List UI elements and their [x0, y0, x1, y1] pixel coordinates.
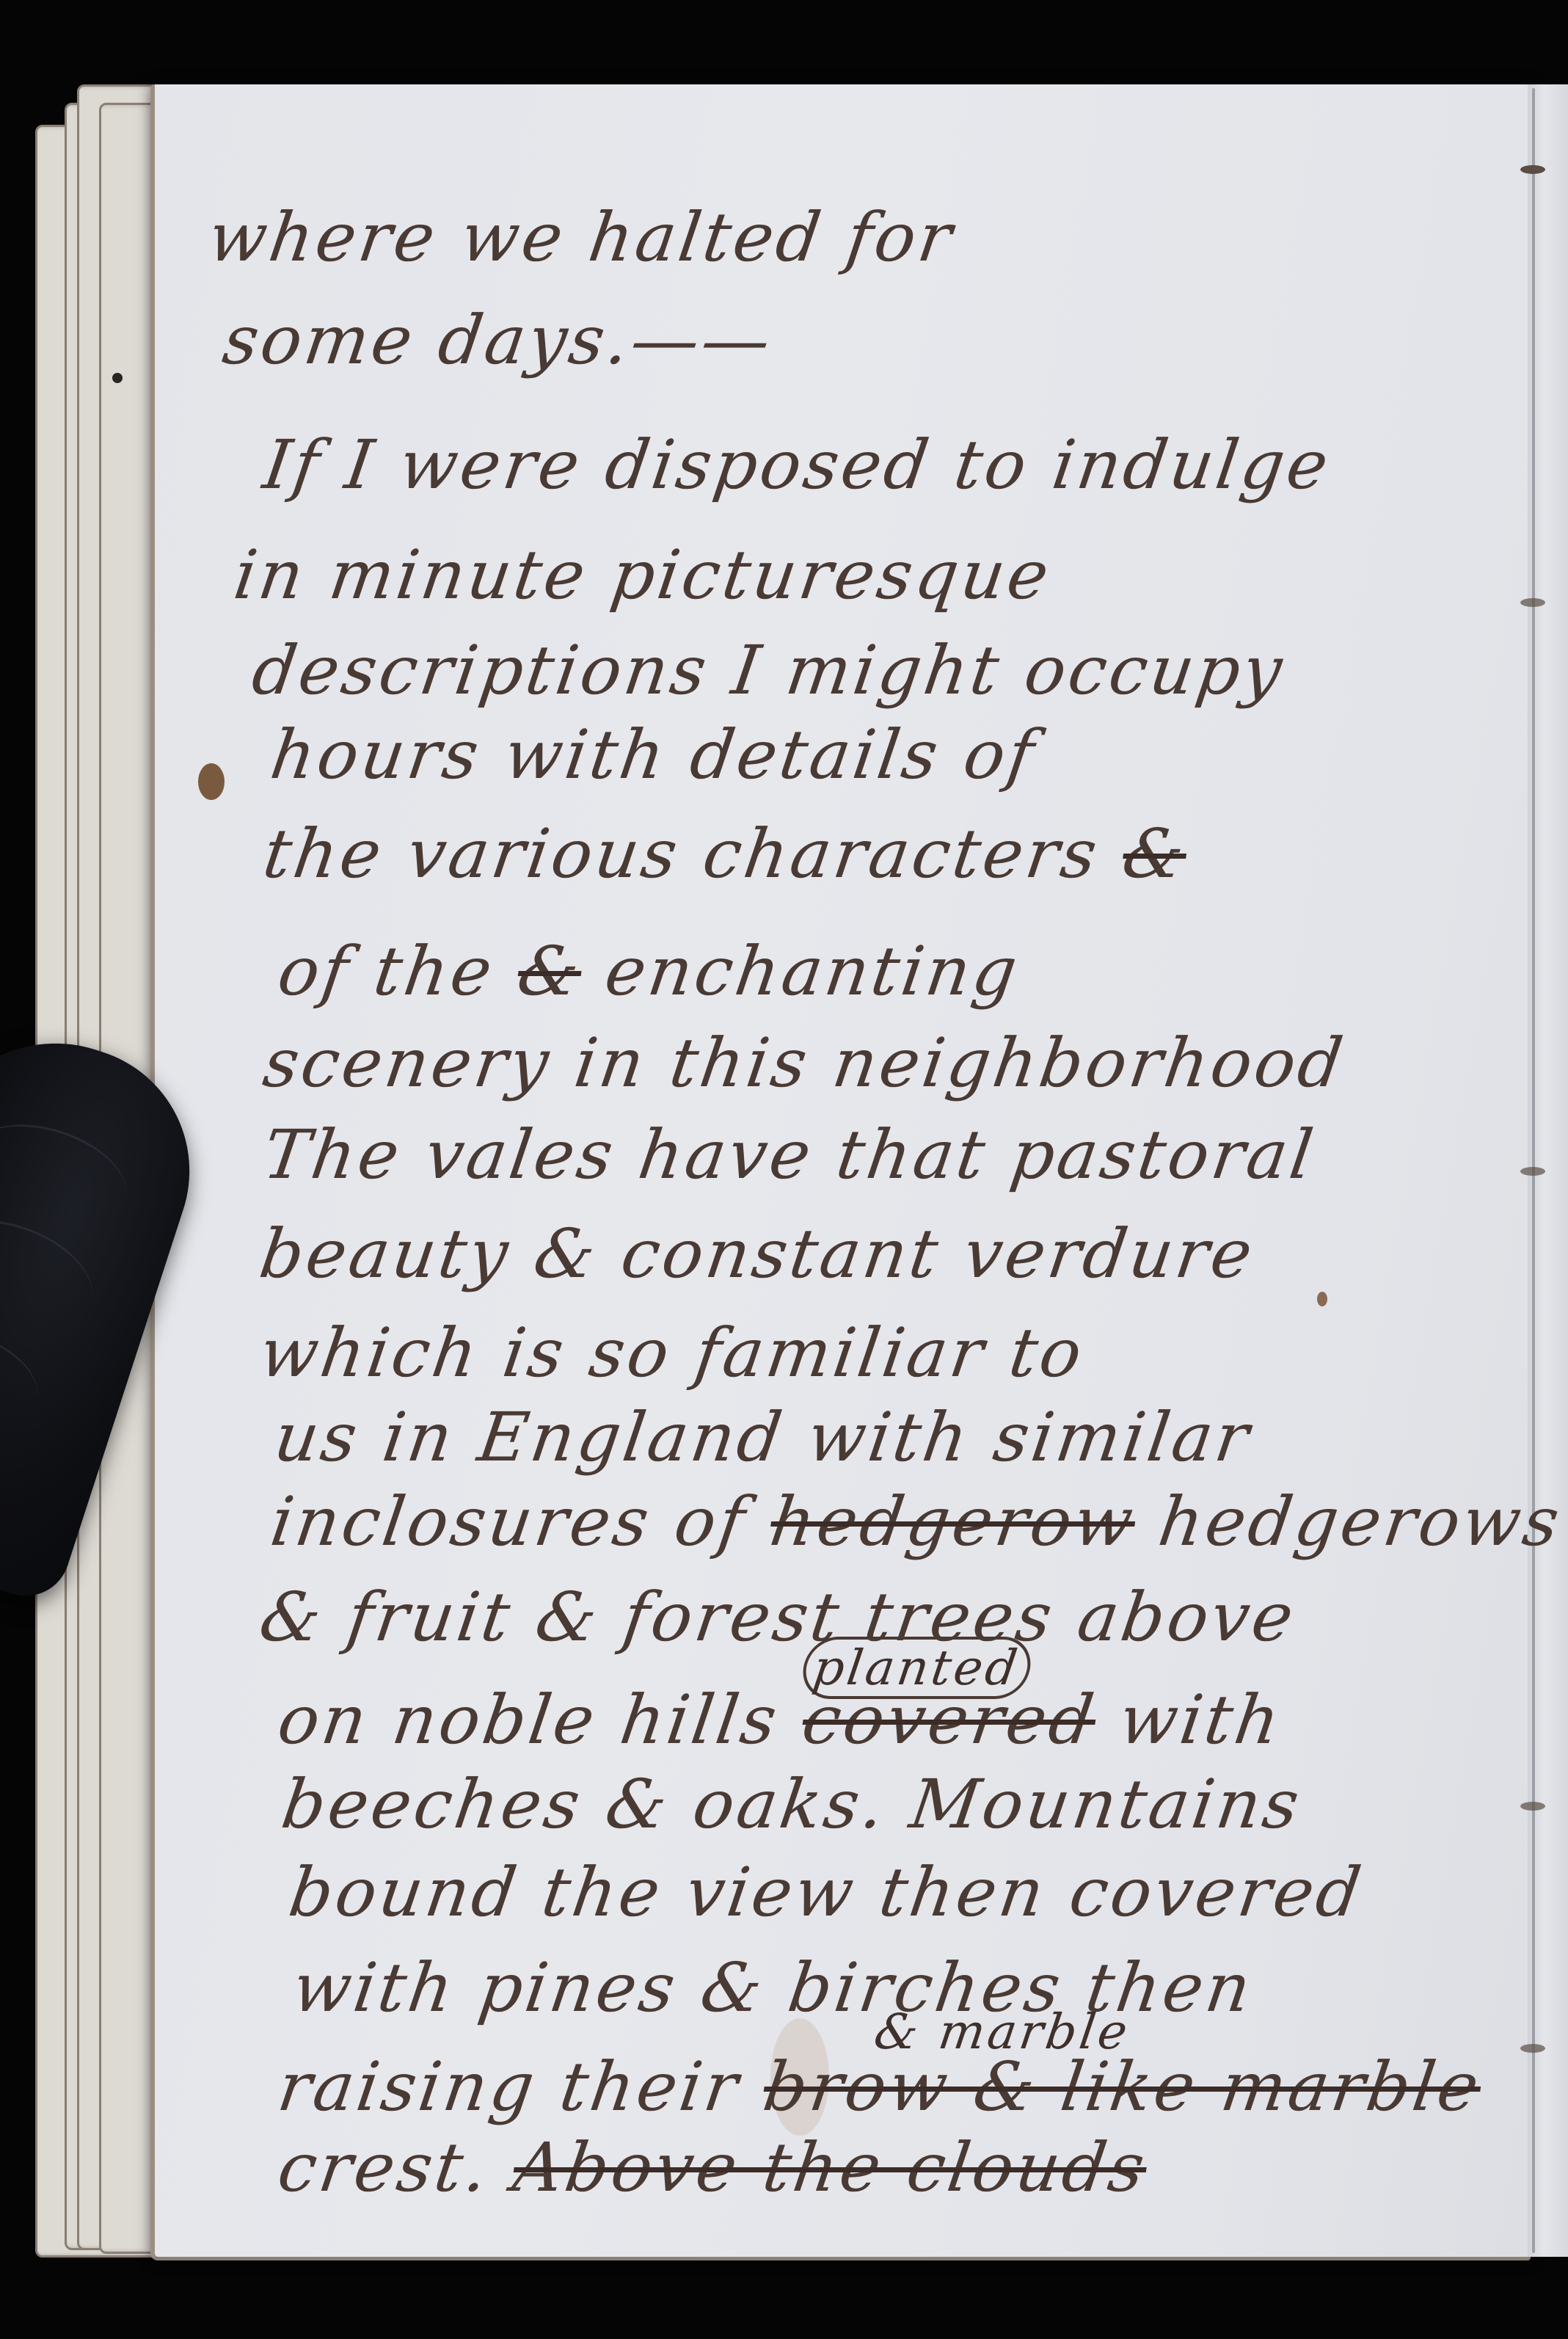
line-text-after: hedgerows	[1154, 1483, 1567, 1561]
binding-stitch	[1520, 598, 1545, 607]
manuscript-line-14: inclosures of hedgerow hedgerows	[266, 1483, 1567, 1561]
manuscript-line-8: of the & enchanting	[273, 932, 1024, 1011]
manuscript-line-1: where we halted for	[203, 198, 959, 277]
line-text-after: with	[1115, 1681, 1287, 1759]
manuscript-line-10: The vales have that pastoral	[258, 1116, 1320, 1194]
manuscript-line-6: hours with details of	[266, 716, 1041, 794]
binding-stitch	[1520, 1802, 1545, 1811]
binding-stitch	[1520, 165, 1545, 174]
manuscript-line-20: raising their & marble brow & like marbl…	[273, 2048, 1486, 2126]
line-text: the various characters	[258, 815, 1104, 893]
rust-stain	[198, 763, 225, 800]
line-text-before: raising their	[273, 2048, 745, 2126]
binding-stitch	[1520, 1167, 1545, 1176]
manuscript-line-11: beauty & constant verdure	[255, 1215, 1259, 1293]
deleted-text: Above the clouds	[508, 2128, 1152, 2207]
manuscript-line-13: us in England with similar	[269, 1398, 1256, 1477]
manuscript-line-4: in minute picturesque	[229, 536, 1056, 614]
line-text-before: inclosures of	[266, 1483, 752, 1561]
manuscript-line-7: the various characters &	[258, 815, 1192, 893]
manuscript-line-16: on noble hills planted covered with	[273, 1681, 1287, 1759]
inserted-text: & marble	[871, 2004, 1134, 2060]
manuscript-photo: where we halted for some days.—— If I we…	[0, 0, 1568, 2339]
glove-fold	[0, 1107, 139, 1243]
manuscript-line-17: beeches & oaks. Mountains	[277, 1765, 1306, 1844]
deleted-text: &	[513, 932, 587, 1011]
manuscript-line-9: scenery in this neighborhood	[258, 1024, 1350, 1102]
manuscript-line-15: & fruit & forest trees above	[255, 1578, 1300, 1656]
manuscript-line-12: which is so familiar to	[255, 1314, 1089, 1392]
deleted-text: &	[1118, 815, 1192, 893]
line-text-after: enchanting	[600, 932, 1024, 1011]
ink-spot	[1317, 1292, 1327, 1306]
line-text-before: on noble hills	[273, 1681, 784, 1759]
line-text-before: crest.	[273, 2128, 495, 2207]
manuscript-line-18: bound the view then covered	[284, 1853, 1368, 1932]
manuscript-line-2: some days.——	[218, 301, 778, 379]
manuscript-line-3: If I were disposed to indulge	[258, 426, 1335, 504]
binding-stitch	[1520, 2044, 1545, 2053]
deleted-text: hedgerow	[766, 1483, 1141, 1561]
binding-dot	[112, 373, 123, 383]
manuscript-line-5: descriptions I might occupy	[247, 631, 1289, 710]
inserted-text: planted	[799, 1637, 1035, 1699]
manuscript-line-21: crest. Above the clouds	[273, 2128, 1152, 2207]
line-text-before: of the	[273, 932, 499, 1011]
